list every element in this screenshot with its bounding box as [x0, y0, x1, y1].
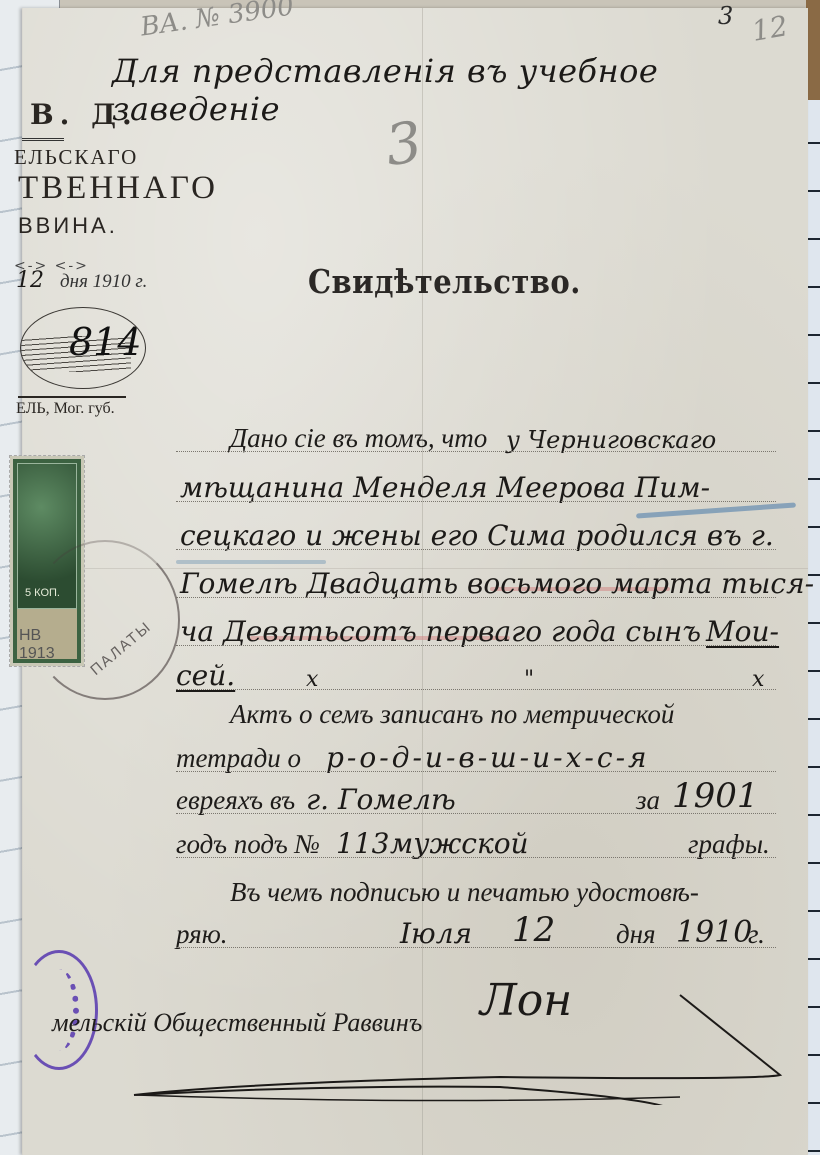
body-line-5-hand: ча Девятьсотъ перваго года сынъ [180, 615, 701, 648]
body-line-1: Дано сіе въ томъ, что у Черниговскаго [176, 418, 776, 458]
grafy-print: графы. [688, 829, 770, 860]
child-name-part-2: сей. [176, 659, 235, 692]
certify-line: Въ чемъ подписью и печатью удостовѣ- [176, 872, 776, 912]
filler-mark-3: x [752, 667, 764, 692]
purpose-note: Для представленія въ учебное заведеніе [112, 52, 820, 128]
god-print: годъ подъ № [176, 829, 320, 860]
child-name-part-1: Мои- [706, 615, 779, 648]
jews-print: евреяхъ въ [176, 785, 295, 816]
signature-flourish [120, 985, 800, 1105]
cert-day: 12 [512, 910, 555, 950]
register-line: тетради о р-о-д-и-в-ш-и-х-с-я [176, 738, 776, 778]
cert-year: 1910 [676, 915, 752, 950]
letterhead-date: 12 дня 1910 г. [16, 268, 147, 293]
record-line: годъ подъ № 113 мужской графы. [176, 824, 776, 864]
za-print: за [636, 785, 660, 816]
letterhead-date-day: 12 [16, 268, 44, 293]
letterhead-date-label: дня 1910 г. [60, 271, 147, 292]
record-hand: мужской [390, 827, 529, 860]
register-hand: р-о-д-и-в-ш-и-х-с-я [326, 741, 650, 774]
body-line-2: мѣщанина Менделя Мееровa Пим- [176, 468, 776, 508]
letterhead-line-2: ТВЕННАГО [18, 170, 218, 207]
body-line-4-hand: Гомелѣ Двадцать восьмого марта тыся- [180, 567, 814, 600]
cert-month: Іюля [400, 917, 472, 950]
letterhead-city: ЕЛЬ, Мог. губ. [16, 400, 115, 418]
letterhead-mvd: В. Д. [30, 98, 138, 131]
body-line-3-hand: сецкаго и жены его Сима родился въ г. [180, 519, 774, 552]
body-line-1-hand: у Черниговскаго [506, 426, 716, 454]
body-line-3: сецкаго и жены его Сима родился въ г. [176, 516, 776, 556]
cert-day-label: дня [616, 919, 656, 950]
document-number-oval: 814 [20, 307, 146, 389]
ryayu-print: ряю. [176, 919, 227, 950]
letterhead-rule [22, 138, 64, 141]
document-number: 814 [69, 320, 142, 364]
body-line-2-hand: мѣщанина Менделя Мееровa Пим- [180, 471, 710, 504]
body-line-1-print: Дано сіе въ томъ, что [230, 423, 487, 454]
register-year: 1901 [672, 776, 759, 816]
letterhead-line-3: ВВИНА. [18, 213, 118, 239]
act-line: Актъ о семъ записанъ по метрической [176, 694, 776, 734]
body-line-5: ча Девятьсотъ перваго года сынъ Мои- [176, 612, 776, 652]
body-line-6: сей. x " x [176, 656, 776, 696]
jews-line: евреяхъ въ г. Гомелѣ за 1901 [176, 780, 776, 820]
date-line: ряю. Іюля 12 дня 1910 г. [176, 914, 776, 954]
letterhead-line-1: ЕЛЬСКАГО [14, 145, 138, 170]
document-title: Свидѣтельство. [308, 262, 581, 301]
act-print: Актъ о семъ записанъ по метрической [230, 699, 674, 730]
filler-mark-2: " [524, 667, 534, 692]
certify-print: Въ чемъ подписью и печатью удостовѣ- [230, 877, 699, 908]
postmark-circle [30, 540, 180, 700]
body-line-4: Гомелѣ Двадцать восьмого марта тыся- [176, 564, 776, 604]
jews-city: г. Гомелѣ [306, 783, 456, 816]
record-number: 113 [336, 827, 389, 860]
page-number: 3 [718, 2, 733, 30]
register-print: тетради о [176, 743, 301, 774]
page-number-pencil: 12 [749, 9, 790, 48]
city-rule [18, 396, 126, 398]
cert-g: г. [748, 919, 765, 950]
filler-mark-1: x [306, 667, 318, 692]
